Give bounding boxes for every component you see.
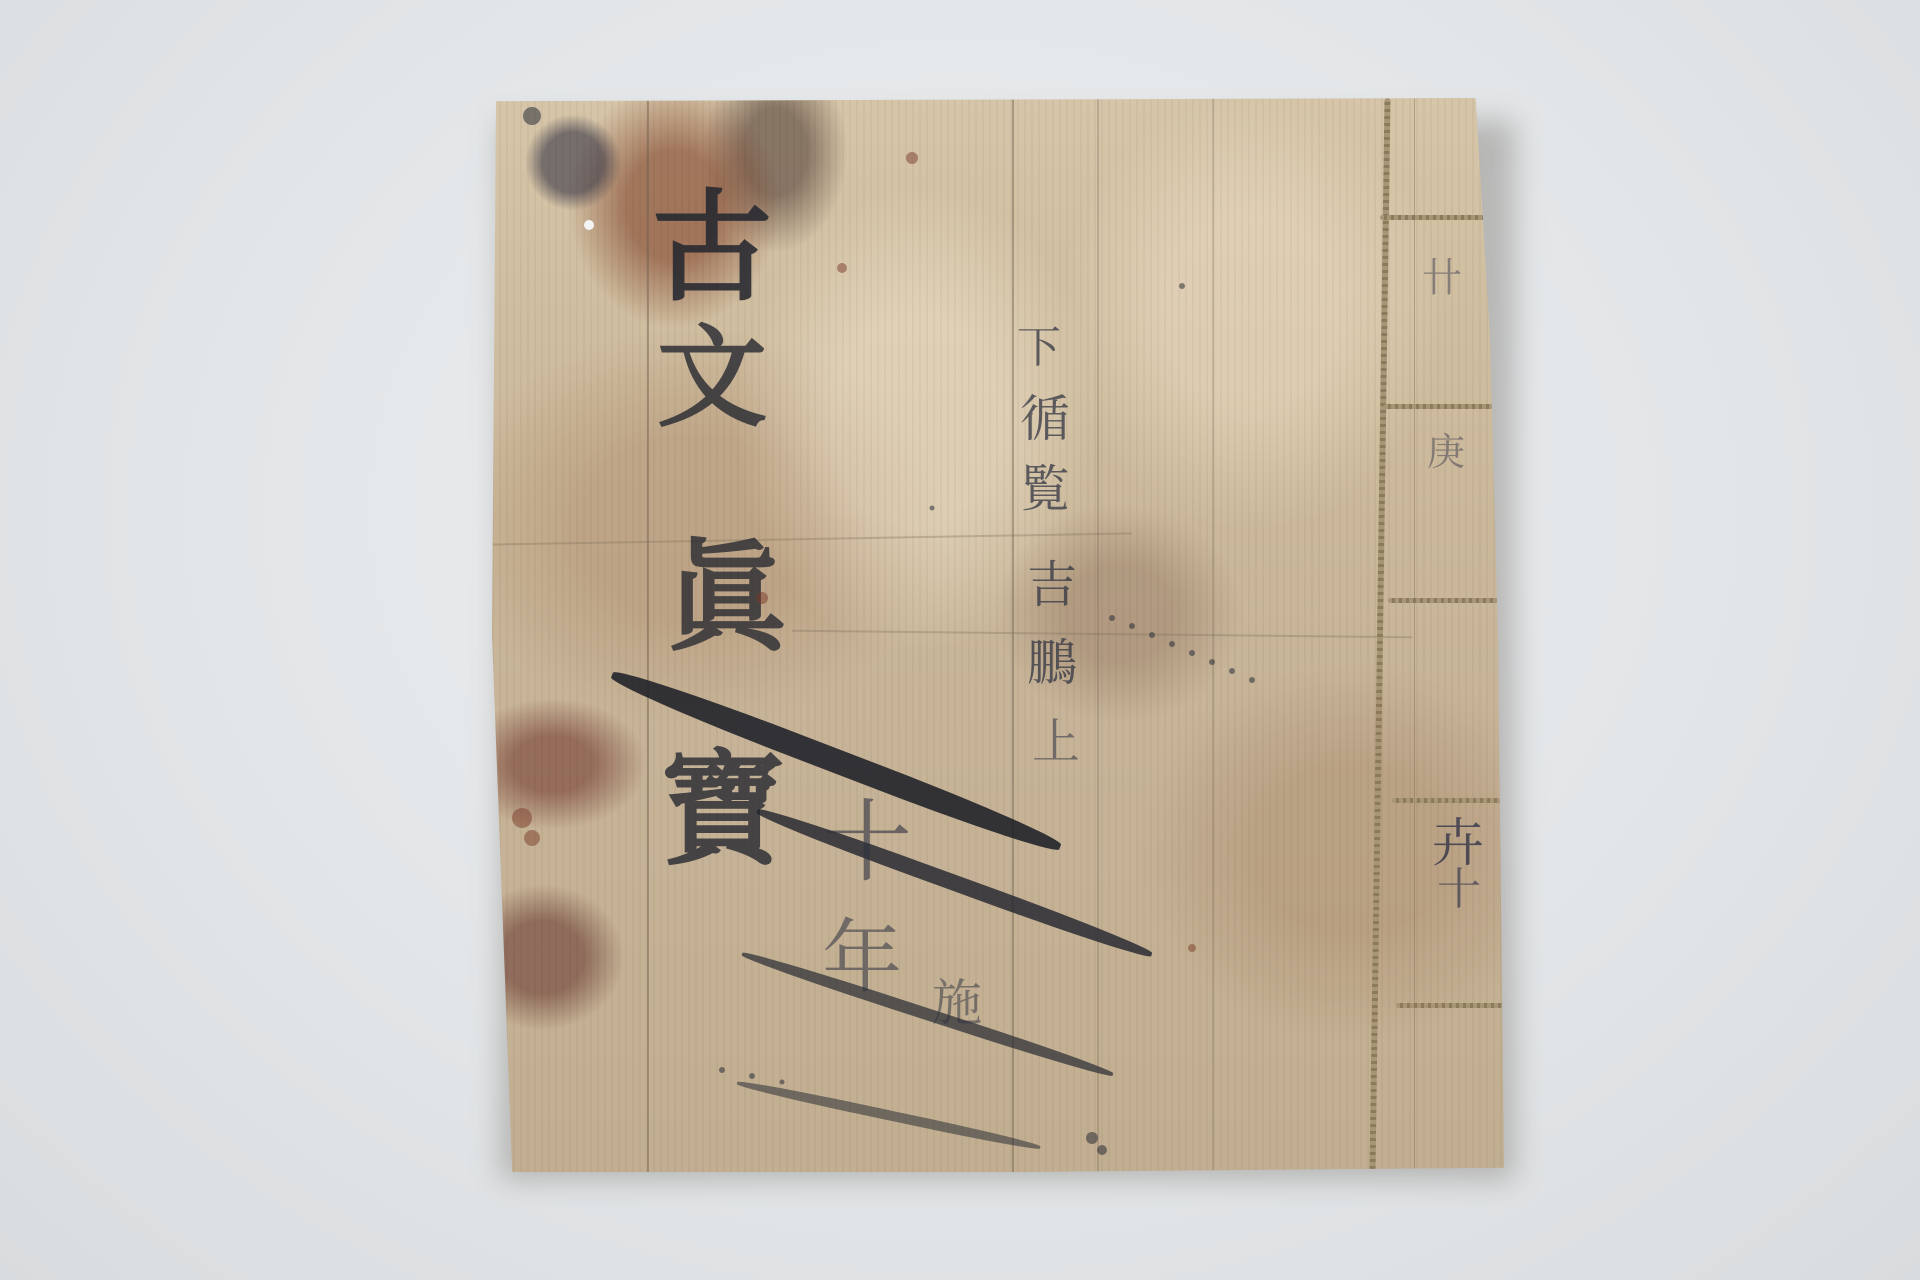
ink-speckle-overlay bbox=[492, 98, 1504, 1172]
photo-scene: 古 文 眞 寶 十 年 施 下 循 覧 吉 鵬 上 卄 庚 卉 十 bbox=[0, 0, 1920, 1280]
book-cover: 古 文 眞 寶 十 年 施 下 循 覧 吉 鵬 上 卄 庚 卉 十 bbox=[492, 98, 1504, 1172]
